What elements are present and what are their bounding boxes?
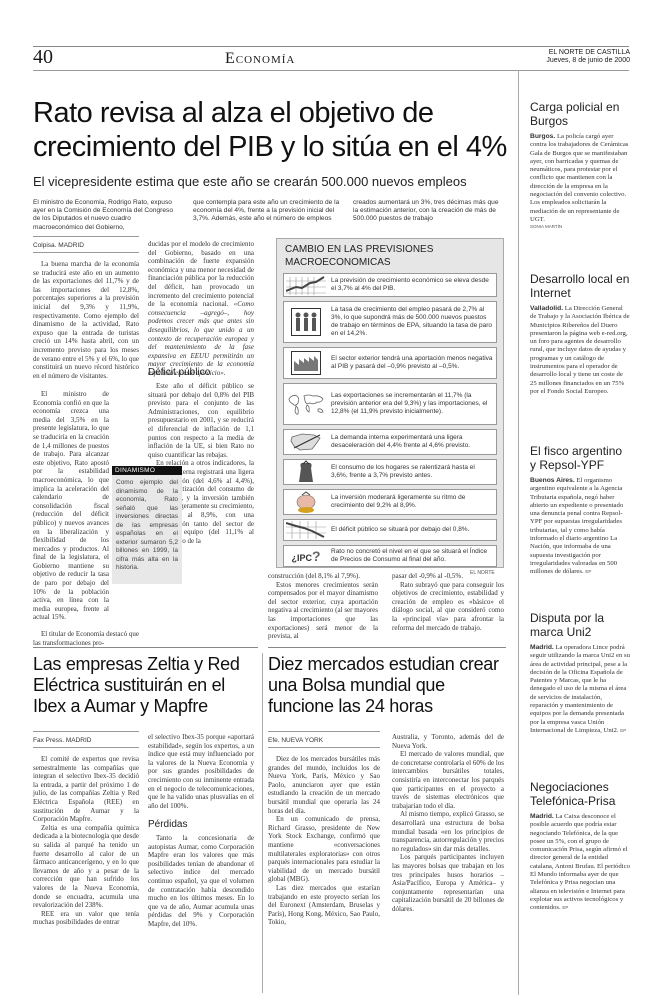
- sidebar-item-text: Burgos. La policía cargó ayer contra los…: [530, 133, 630, 224]
- main-headline: Rato revisa al alza el objetivo de creci…: [33, 96, 513, 164]
- infographic-row: El consumo de los hogares se ralentizará…: [283, 459, 497, 485]
- sidebar-item: Carga policial en Burgos Burgos. La poli…: [530, 100, 630, 229]
- ibex-byline: Fax Press. MADRID: [33, 737, 92, 744]
- rising-chart-icon: [284, 274, 328, 296]
- sidebar-item-credit: SONIA MARTÍN: [530, 224, 630, 229]
- sidebar-item-title: Desarrollo local en Internet: [530, 272, 630, 300]
- lead-paragraph-1: El ministro de Economía, Rodrigo Rato, e…: [33, 199, 181, 232]
- ipc-question-icon: ¿IPC?: [284, 546, 328, 566]
- ibex-column-2b: Tanto la concesionaria de autopistas Aum…: [148, 834, 254, 929]
- infographic-row: La demanda interna experimentará una lig…: [283, 429, 497, 455]
- pullquote-text: Como ejemplo del dinamismo de la economí…: [112, 475, 182, 577]
- section-rule: [33, 647, 258, 648]
- sidebar-item-title: El fisco argentino y Repsol-YPF: [530, 444, 630, 472]
- paragraph: Al mismo tiempo, explicó Grasso, se desa…: [392, 810, 504, 853]
- quote-run: «Como consecuencia –agregó–, hoy podemos…: [148, 300, 254, 377]
- world-map-icon: [284, 384, 328, 424]
- paragraph: Este año el déficit público se situará p…: [148, 382, 254, 459]
- sidebar-item: Negociaciones Telefónica-Prisa Madrid. L…: [530, 780, 630, 913]
- section-rule: [268, 647, 506, 648]
- sidebar-item-credit: EP: [562, 905, 568, 910]
- sidebar-item-place: Buenos Aires.: [530, 477, 575, 484]
- column-divider: [262, 653, 263, 993]
- infographic-row: Las exportaciones se incrementarán el 11…: [283, 383, 497, 425]
- sidebar-item: El fisco argentino y Repsol-YPF Buenos A…: [530, 444, 630, 577]
- paragraph: construcción (del 8,1% al 7,9%).: [268, 572, 378, 581]
- infographic-row: La previsión de crecimiento económico se…: [283, 273, 497, 297]
- infographic-credit: EL NORTE: [470, 570, 495, 576]
- ibex-subhead: Pérdidas: [148, 819, 187, 830]
- sidebar-item-title: Negociaciones Telefónica-Prisa: [530, 780, 630, 808]
- newspaper-name: EL NORTE DE CASTILLA: [520, 49, 630, 56]
- byline-rule: [33, 731, 139, 732]
- money-bag-icon: [284, 490, 328, 514]
- paragraph: El comité de expertos que revisa semestr…: [33, 755, 139, 824]
- main-column-1-end: El titular de Economía destacó que las t…: [33, 630, 139, 647]
- pullquote-title: DINAMISMO: [112, 466, 182, 475]
- infographic-row-text: La previsión de crecimiento económico se…: [328, 275, 496, 295]
- sidebar-item-text: Madrid. La operadora Lince podrá seguir …: [530, 644, 630, 735]
- paragraph: Rato subrayó que para conseguir los obje…: [392, 581, 504, 633]
- byline: Colpisa. MADRID: [33, 242, 84, 249]
- masthead-bottom-rule: [33, 70, 629, 71]
- sidebar-item-place: Valladolid.: [530, 305, 563, 312]
- bolsa-headline: Diez mercados estudian crear una Bolsa m…: [268, 654, 508, 717]
- sidebar-item-text: Buenos Aires. El organismo argentino equ…: [530, 477, 630, 577]
- byline-rule: [33, 236, 139, 237]
- section-title: Economía: [225, 50, 295, 68]
- main-column-4: pasar del -0,9% al -0,5%. Rato subrayó q…: [392, 572, 504, 632]
- paragraph: Australia, y Toronto, además del de Nuev…: [392, 733, 504, 750]
- byline-rule: [33, 252, 139, 253]
- paragraph: el selectivo Ibex-35 porque «aportará es…: [148, 733, 254, 810]
- main-column-1-continued: El ministro de Economía confió en que la…: [33, 390, 109, 622]
- sidebar-item-body: La policía cargó ayer contra los trabaja…: [530, 133, 628, 223]
- byline-rule: [33, 747, 139, 748]
- bolsa-column-2: Australia, y Toronto, además del de Nuev…: [392, 733, 504, 913]
- lead-paragraph-2: que contempla para este año un crecimien…: [193, 199, 341, 224]
- infographic-title: CAMBIO EN LAS PREVISIONES MACROECONOMICA…: [285, 243, 495, 269]
- byline-rule: [268, 731, 380, 732]
- paragraph: Estos menores crecimientos serán compens…: [268, 581, 378, 641]
- bolsa-byline: Efe. NUEVA YORK: [268, 737, 323, 744]
- page-number: 40: [33, 47, 53, 67]
- factory-icon: [284, 348, 328, 378]
- infographic-row: El déficit público se situará por debajo…: [283, 519, 497, 541]
- main-column-2: ducidas por el modelo de crecimiento del…: [148, 240, 254, 378]
- sidebar-item-title: Disputa por la marca Uni2: [530, 611, 630, 639]
- sidebar-item-text: Madrid. La Caixa desconoce el posible ac…: [530, 813, 630, 913]
- paragraph: Diez de los mercados bursátiles más gran…: [268, 755, 380, 815]
- infographic-row-text: La demanda interna experimentará una lig…: [328, 432, 496, 452]
- sidebar-item-credit: EP: [585, 569, 591, 574]
- infographic-row: El sector exterior tendrá una aportación…: [283, 347, 497, 379]
- paragraph: ducidas por el modelo de crecimiento del…: [148, 240, 254, 378]
- sidebar-item: Disputa por la marca Uni2 Madrid. La ope…: [530, 611, 630, 735]
- falling-chart-icon: [284, 520, 328, 540]
- sidebar-item: Desarrollo local en Internet Valladolid.…: [530, 272, 630, 396]
- paragraph: La buena marcha de la economía se traduc…: [33, 260, 139, 380]
- sidebar-item-body: El organismo argentino equivalente a la …: [530, 477, 623, 575]
- main-column-1: La buena marcha de la economía se traduc…: [33, 260, 139, 380]
- sidebar-item-title: Carga policial en Burgos: [530, 100, 630, 128]
- paragraph: REE era un valor que tenía muchas posibi…: [33, 910, 139, 927]
- ibex-column-2: el selectivo Ibex-35 porque «aportará es…: [148, 733, 254, 810]
- sidebar-item-place: Burgos.: [530, 133, 555, 140]
- paragraph: Tanto la concesionaria de autopistas Aum…: [148, 834, 254, 929]
- sidebar-item-body: La operadora Lince podrá seguir utilizan…: [530, 644, 630, 734]
- infographic-row: La inversión moderará ligeramente su rit…: [283, 489, 497, 515]
- sidebar-item-text: Valladolid. La Dirección General de Trab…: [530, 305, 630, 396]
- infographic-box: CAMBIO EN LAS PREVISIONES MACROECONOMICA…: [276, 238, 504, 568]
- sidebar-item-credit: EP: [620, 728, 626, 733]
- text-run: ducidas por el modelo de crecimiento del…: [148, 240, 254, 308]
- sidebar-item-place: Madrid.: [530, 813, 554, 820]
- workers-icon: [284, 302, 328, 342]
- infographic-row-text: El déficit público se situará por debajo…: [328, 524, 472, 536]
- paragraph: El mercado de valores mundial, que de co…: [392, 750, 504, 810]
- paragraph: El titular de Economía destacó que las t…: [33, 630, 139, 647]
- ibex-headline: Las empresas Zeltia y Red Eléctrica sust…: [33, 654, 258, 717]
- publication-date: Jueves, 8 de junio de 2000: [520, 57, 630, 64]
- main-column-3: construcción (del 8,1% al 7,9%). Estos m…: [268, 572, 378, 641]
- lead-paragraph-3: creados aumentará un 3%, tres décimas má…: [353, 199, 501, 224]
- paragraph: El ministro de Economía confió en que la…: [33, 390, 109, 622]
- infographic-row-text: La inversión moderará ligeramente su rit…: [328, 492, 496, 512]
- infographic-row-text: Rato no concretó el nivel en el que se s…: [328, 546, 496, 566]
- pullquote-box: DINAMISMO Como ejemplo del dinamismo de …: [112, 466, 182, 584]
- sidebar-item-place: Madrid.: [530, 644, 554, 651]
- infographic-row-text: La tasa de crecimiento del empleo pasará…: [328, 304, 496, 340]
- ibex-column-1: El comité de expertos que revisa semestr…: [33, 755, 139, 927]
- paragraph: Los parqués participantes incluyen las m…: [392, 853, 504, 913]
- infographic-row: ¿IPC? Rato no concretó el nivel en el qu…: [283, 545, 497, 567]
- paragraph: Las diez mercados que estarían trabajand…: [268, 884, 380, 927]
- infographic-row-text: El sector exterior tendrá una aportación…: [328, 353, 496, 373]
- spain-map-icon: [284, 430, 328, 454]
- paragraph: Zeltia es una compañía química dedicada …: [33, 824, 139, 910]
- masthead-top-rule: [33, 46, 629, 47]
- bolsa-column-1: Diez de los mercados bursátiles más gran…: [268, 755, 380, 927]
- paragraph: En un comunicado de prensa, Richard Gras…: [268, 815, 380, 884]
- sidebar-divider: [518, 70, 519, 995]
- infographic-row-text: El consumo de los hogares se ralentizará…: [328, 462, 496, 482]
- sidebar-item-body: La Dirección General de Trabajo y la Aso…: [530, 305, 630, 395]
- byline-rule: [268, 747, 380, 748]
- subhead-deficit: Déficit público: [148, 367, 210, 378]
- infographic-row: La tasa de crecimiento del empleo pasará…: [283, 301, 497, 343]
- infographic-row-text: Las exportaciones se incrementarán el 11…: [328, 390, 496, 418]
- main-subhead: El vicepresidente estima que este año se…: [33, 174, 513, 189]
- shopping-bag-icon: [284, 460, 328, 484]
- sidebar-item-body: La Caixa desconoce el posible acuerdo qu…: [530, 813, 630, 911]
